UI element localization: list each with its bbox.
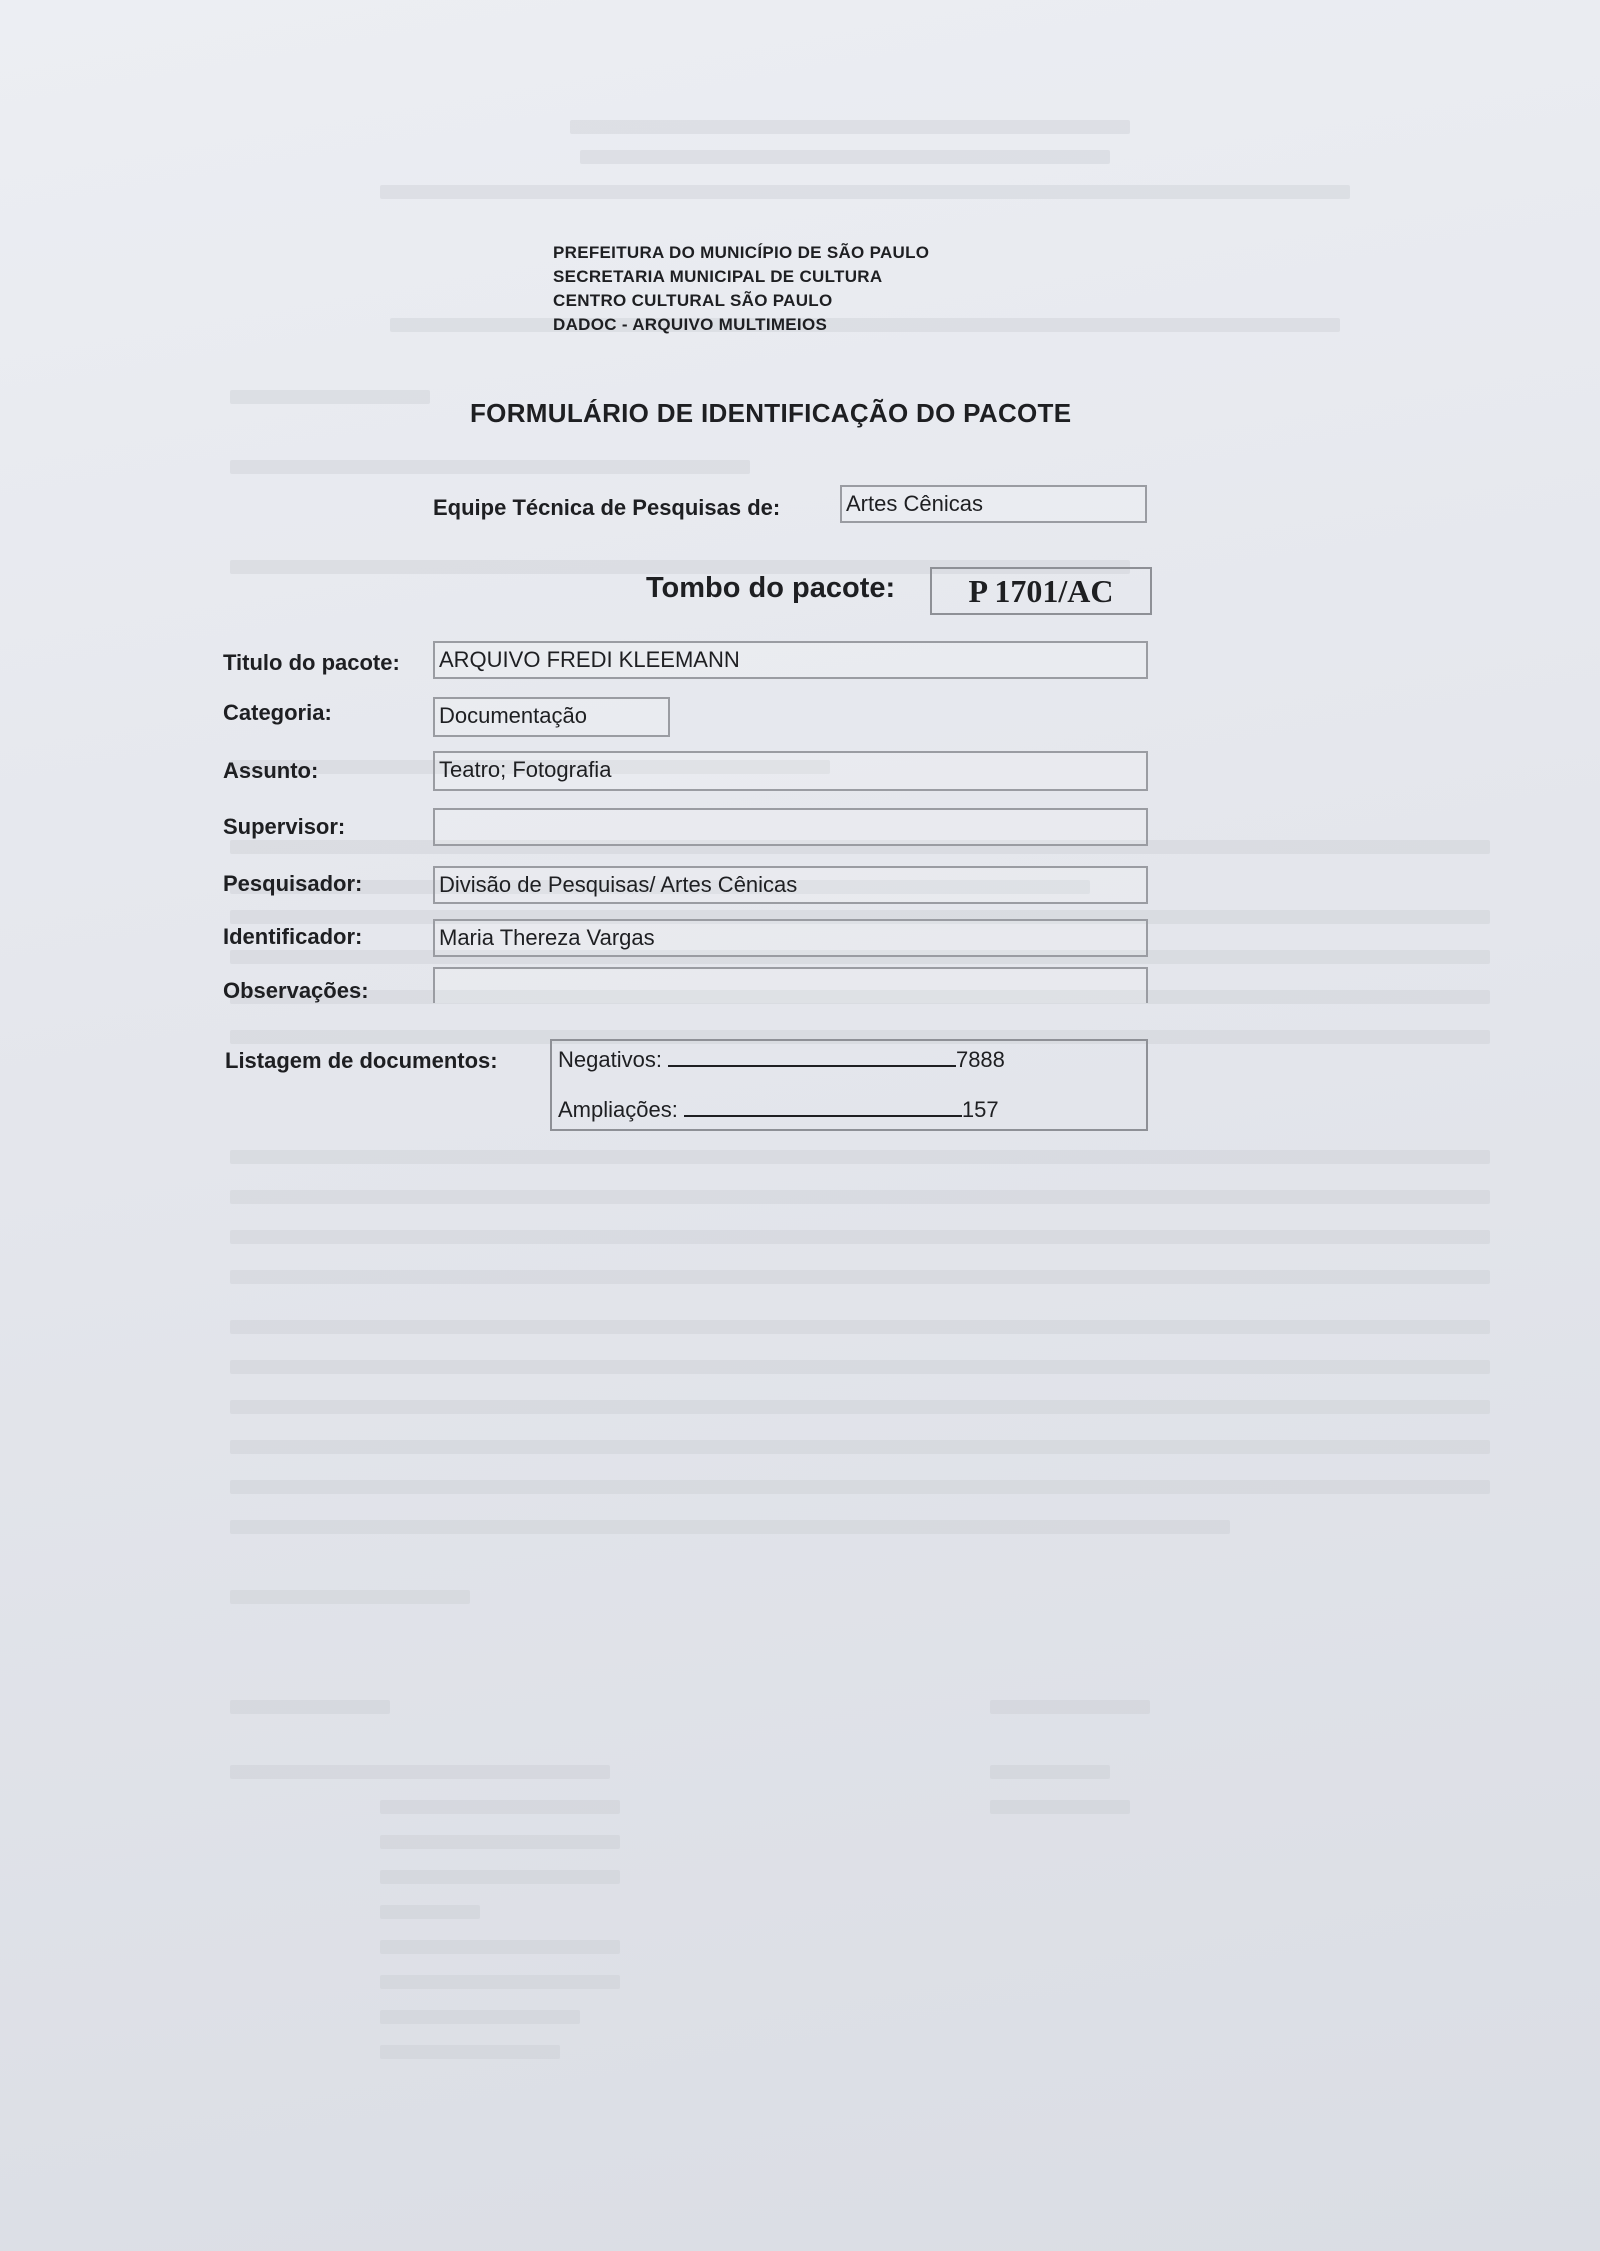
assunto-label: Assunto: (223, 758, 318, 784)
pesquisador-field: Divisão de Pesquisas/ Artes Cênicas (433, 866, 1148, 904)
fill-line (668, 1047, 956, 1067)
institution-header: PREFEITURA DO MUNICÍPIO DE SÃO PAULO SEC… (553, 241, 929, 337)
pesquisador-label: Pesquisador: (223, 871, 362, 897)
ampliacoes-value: 157 (962, 1097, 999, 1122)
ampliacoes-row: Ampliações:157 (558, 1097, 999, 1123)
supervisor-label: Supervisor: (223, 814, 345, 840)
identificador-field: Maria Thereza Vargas (433, 919, 1148, 957)
titulo-label: Titulo do pacote: (223, 650, 400, 676)
header-line: DADOC - ARQUIVO MULTIMEIOS (553, 313, 929, 337)
negativos-value: 7888 (956, 1047, 1005, 1072)
form-title: FORMULÁRIO DE IDENTIFICAÇÃO DO PACOTE (470, 398, 1071, 429)
negativos-row: Negativos:7888 (558, 1047, 1005, 1073)
categoria-label: Categoria: (223, 700, 332, 726)
titulo-field: ARQUIVO FREDI KLEEMANN (433, 641, 1148, 679)
negativos-label: Negativos: (558, 1047, 662, 1072)
tombo-label: Tombo do pacote: (646, 572, 895, 605)
supervisor-field (433, 808, 1148, 846)
header-line: CENTRO CULTURAL SÃO PAULO (553, 289, 929, 313)
assunto-field: Teatro; Fotografia (433, 751, 1148, 791)
equipe-label: Equipe Técnica de Pesquisas de: (433, 495, 780, 521)
tombo-field: P 1701/AC (930, 567, 1152, 615)
equipe-field: Artes Cênicas (840, 485, 1147, 523)
document-page: PREFEITURA DO MUNICÍPIO DE SÃO PAULO SEC… (0, 0, 1600, 2251)
header-line: SECRETARIA MUNICIPAL DE CULTURA (553, 265, 929, 289)
fill-line (684, 1097, 962, 1117)
observacoes-label: Observações: (223, 978, 369, 1004)
categoria-field: Documentação (433, 697, 670, 737)
observacoes-field (433, 967, 1148, 1003)
identificador-label: Identificador: (223, 924, 362, 950)
header-line: PREFEITURA DO MUNICÍPIO DE SÃO PAULO (553, 241, 929, 265)
ampliacoes-label: Ampliações: (558, 1097, 678, 1122)
listagem-label: Listagem de documentos: (225, 1048, 498, 1074)
listagem-box: Negativos:7888 Ampliações:157 (550, 1039, 1148, 1131)
